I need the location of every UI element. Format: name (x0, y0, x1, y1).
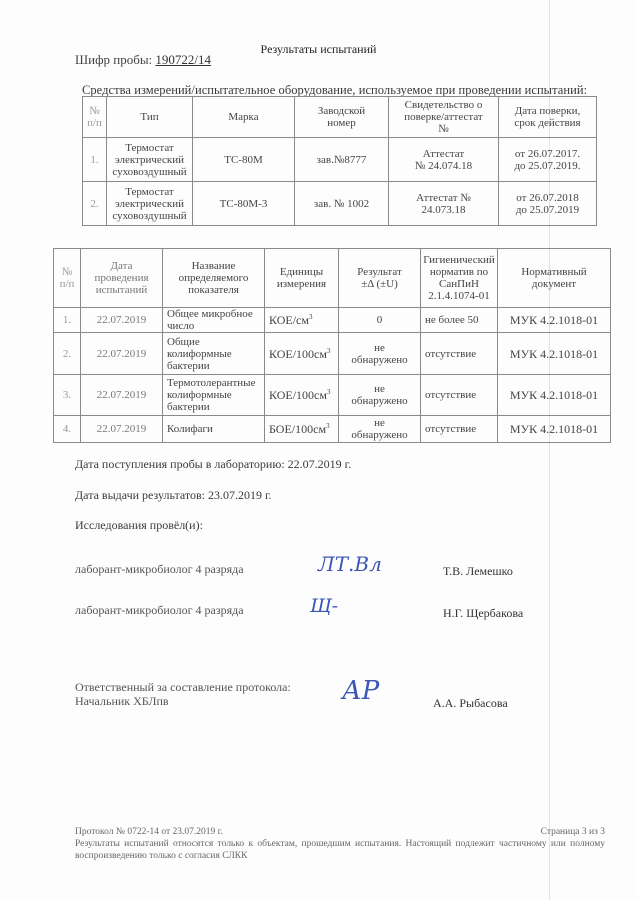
cell-result: необнаружено (339, 375, 421, 416)
header-date: Датапроведенияиспытаний (81, 249, 163, 308)
results-row: 1.22.07.2019Общее микробноечислоКОЕ/см30… (54, 308, 611, 333)
cell-date: 22.07.2019 (81, 416, 163, 443)
cell-indicator: Общее микробноечисло (163, 308, 265, 333)
cell-doc: МУК 4.2.1018-01 (498, 375, 611, 416)
header-norm: Гигиеническийнорматив поСанПиН2.1.4.1074… (421, 249, 498, 308)
cipher-label: Шифр пробы: (75, 52, 152, 67)
cell-num: 1. (83, 138, 107, 182)
cell-indicator: Общиеколиформныебактерии (163, 333, 265, 375)
footer: Протокол № 0722-14 от 23.07.2019 г. Стра… (75, 826, 605, 862)
signatory-1-signature: ЛТ.Вл (318, 552, 382, 576)
signatory-1-role: лаборант-микробиолог 4 разряда (75, 562, 244, 577)
cell-norm: отсутствие (421, 416, 498, 443)
cell-brand: ТС-80М (193, 138, 295, 182)
cell-serial: зав. № 1002 (295, 182, 389, 226)
results-row: 4.22.07.2019КолифагиБОЕ/100см3необнаруже… (54, 416, 611, 443)
responsible-line-2: Начальник ХБЛпв (75, 694, 291, 708)
signatory-2-name: Н.Г. Щербакова (443, 606, 523, 621)
header-indicator: Названиеопределяемогопоказателя (163, 249, 265, 308)
cell-doc: МУК 4.2.1018-01 (498, 333, 611, 375)
cell-num: 2. (83, 182, 107, 226)
results-row: 2.22.07.2019ОбщиеколиформныебактерииКОЕ/… (54, 333, 611, 375)
cell-validity: от 26.07.2017.до 25.07.2019. (499, 138, 597, 182)
cell-num: 4. (54, 416, 81, 443)
header-certificate: Свидетельство оповерке/аттестат№ (389, 97, 499, 138)
cell-num: 1. (54, 308, 81, 333)
signatory-1-name: Т.В. Лемешко (443, 564, 513, 579)
header-units: Единицыизмерения (265, 249, 339, 308)
cell-result: необнаружено (339, 333, 421, 375)
cell-date: 22.07.2019 (81, 375, 163, 416)
cell-result: 0 (339, 308, 421, 333)
received-date: Дата поступления пробы в лабораторию: 22… (75, 457, 351, 472)
cell-type: Термостатэлектрическийсуховоздушный (107, 182, 193, 226)
signatory-2-role: лаборант-микробиолог 4 разряда (75, 603, 244, 618)
cell-units: КОЕ/см3 (265, 308, 339, 333)
equipment-table: №п/п Тип Марка Заводскойномер Свидетельс… (82, 96, 597, 226)
responsible-signature: АР (342, 676, 379, 706)
header-num: №п/п (54, 249, 81, 308)
equipment-row: 1.ТермостатэлектрическийсуховоздушныйТС-… (83, 138, 597, 182)
footer-page-number: Страница 3 из 3 (541, 826, 605, 838)
signatory-2-signature: Щ- (310, 595, 338, 617)
header-doc: Нормативныйдокумент (498, 249, 611, 308)
header-result: Результат±Δ (±U) (339, 249, 421, 308)
header-validity: Дата поверки,срок действия (499, 97, 597, 138)
cell-units: КОЕ/100см3 (265, 333, 339, 375)
cell-units: КОЕ/100см3 (265, 375, 339, 416)
cell-certificate: Аттестат№ 24.074.18 (389, 138, 499, 182)
cell-brand: ТС-80М-3 (193, 182, 295, 226)
footer-protocol: Протокол № 0722-14 от 23.07.2019 г. (75, 826, 605, 838)
sample-cipher: Шифр пробы: 190722/14 (75, 52, 211, 68)
equipment-row: 2.ТермостатэлектрическийсуховоздушныйТС-… (83, 182, 597, 226)
results-header-row: №п/п Датапроведенияиспытаний Названиеопр… (54, 249, 611, 308)
issued-date: Дата выдачи результатов: 23.07.2019 г. (75, 488, 272, 503)
cell-serial: зав.№8777 (295, 138, 389, 182)
cell-doc: МУК 4.2.1018-01 (498, 308, 611, 333)
performed-by-label: Исследования провёл(и): (75, 518, 203, 533)
header-num: №п/п (83, 97, 107, 138)
responsible-line-1: Ответственный за составление протокола: (75, 680, 291, 694)
cell-certificate: Аттестат №24.073.18 (389, 182, 499, 226)
cell-num: 3. (54, 375, 81, 416)
cell-norm: отсутствие (421, 333, 498, 375)
header-brand: Марка (193, 97, 295, 138)
cell-num: 2. (54, 333, 81, 375)
cell-validity: от 26.07.2018до 25.07.2019 (499, 182, 597, 226)
cell-units: БОЕ/100см3 (265, 416, 339, 443)
cell-norm: не более 50 (421, 308, 498, 333)
cell-norm: отсутствие (421, 375, 498, 416)
equipment-header-row: №п/п Тип Марка Заводскойномер Свидетельс… (83, 97, 597, 138)
responsible-block: Ответственный за составление протокола: … (75, 680, 291, 708)
results-row: 3.22.07.2019Термотолерантныеколиформныеб… (54, 375, 611, 416)
header-type: Тип (107, 97, 193, 138)
header-serial: Заводскойномер (295, 97, 389, 138)
responsible-name: А.А. Рыбасова (433, 696, 508, 711)
footer-notice: Результаты испытаний относятся только к … (75, 838, 605, 862)
cell-date: 22.07.2019 (81, 308, 163, 333)
cell-indicator: Термотолерантныеколиформныебактерии (163, 375, 265, 416)
results-table: №п/п Датапроведенияиспытаний Названиеопр… (53, 248, 611, 443)
cell-doc: МУК 4.2.1018-01 (498, 416, 611, 443)
cell-indicator: Колифаги (163, 416, 265, 443)
cipher-value: 190722/14 (155, 52, 211, 67)
cell-result: необнаружено (339, 416, 421, 443)
cell-type: Термостатэлектрическийсуховоздушный (107, 138, 193, 182)
cell-date: 22.07.2019 (81, 333, 163, 375)
